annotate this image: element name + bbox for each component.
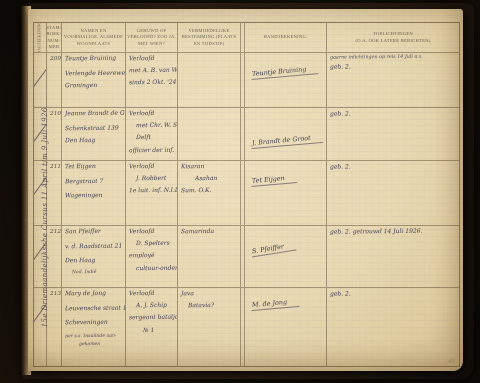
signature: J. Brandt de Groot: [251, 133, 323, 149]
destination-line: Sum. O.K.: [181, 187, 238, 196]
note-line: gaarne inlichtingen op reis 14 Juli a.s.: [330, 54, 457, 62]
note-line: geb. 2.: [330, 109, 457, 119]
header-names: NAMEN EN VOORMALIGE, ALSMEDE WOONPLAATS: [62, 23, 126, 53]
note-line: geb. 2.: [330, 162, 457, 172]
number-cell: 209: [47, 53, 62, 108]
page-number: 43: [448, 359, 454, 365]
name-cell: Teuntje Bruining Verlengde Heereweg 29 G…: [62, 53, 126, 108]
destination-line: Samarinda: [181, 228, 238, 237]
marital-line: Verloofd: [129, 290, 175, 299]
destination-line: Asahan: [181, 175, 238, 184]
name-line: Den Haag: [65, 257, 123, 266]
number-cell: 211: [47, 161, 62, 226]
signature: Tet Eijgen: [251, 173, 298, 187]
name-line: Den Haag: [65, 137, 123, 146]
marital-line: sergeant bataljon: [129, 314, 175, 323]
header-marital: GEHUWD OF VERLOOFD? ZOO JA, MET WIEN?: [126, 23, 178, 53]
name-line: v. d. Raadstraat 21: [65, 242, 123, 251]
note-line: geb. 2.: [330, 63, 457, 73]
marital-cell: Verloofd met Chr. W. Schreuder Delft off…: [126, 108, 178, 161]
date-cell: [34, 226, 47, 288]
header-signature: HANDTEEKENING.: [245, 23, 327, 53]
header-number: STAM- BOEK- NUM- MER: [47, 23, 62, 53]
header-notes-sub-label: (O.A. OOK LATERE BERICHTEN): [355, 38, 430, 44]
entry-number: 209: [50, 55, 59, 63]
marital-line: Verloofd: [129, 163, 175, 172]
signature: M. de Jong: [251, 297, 300, 311]
marital-cell: Verloofd D. Spelters employé cultuur-ond…: [126, 226, 178, 288]
entry-number: 211: [50, 163, 59, 171]
marital-line: cultuur-ondern.: [129, 264, 175, 273]
date-cell: [34, 161, 47, 226]
name-line: per s.s. Insulinde aan-: [65, 334, 123, 341]
number-cell: 212: [47, 226, 62, 288]
marital-line: sinds 2 Okt. '24: [129, 79, 175, 88]
name-line: Groningen: [65, 82, 123, 91]
notes-cell: geb. 2.: [327, 288, 459, 366]
destination-cell: Kisaran Asahan Sum. O.K.: [178, 161, 241, 226]
destination-cell: [178, 53, 241, 108]
signature-cell: M. de Jong: [245, 288, 327, 366]
marital-line: D. Spelters: [129, 240, 175, 249]
notes-cell: gaarne inlichtingen op reis 14 Juli a.s.…: [327, 53, 459, 108]
name-line: Tet Eijgen: [65, 163, 123, 172]
tally-slash: [34, 123, 47, 146]
name-line: Wageningen: [65, 192, 123, 201]
name-cell: San Pfeiffer v. d. Raadstraat 21 Den Haa…: [62, 226, 126, 288]
destination-cell: [178, 108, 241, 161]
name-line: Leuvensche straat 16: [65, 304, 123, 313]
signature-cell: J. Brandt de Groot: [245, 108, 327, 161]
signature-cell: Teuntje Bruining: [245, 53, 327, 108]
name-line: Teuntje Bruining: [65, 55, 123, 64]
name-line: Mary de Jong: [65, 290, 123, 299]
marital-cell: Verloofd met A. B. van Wijlen sinds 2 Ok…: [126, 53, 178, 108]
destination-line: Batavia?: [181, 302, 238, 311]
header-number-line: MER: [49, 44, 60, 50]
header-date: DAGTEEKENING: [34, 23, 47, 53]
header-date-label: DAGTEEKENING: [37, 23, 42, 53]
date-cell: [34, 53, 47, 108]
signature: S. Pfeiffer: [250, 241, 296, 258]
date-cell: [34, 288, 47, 366]
marital-line: № 1: [129, 326, 175, 335]
name-cell: Jeanne Brandt de Groot Schenkstraat 139 …: [62, 108, 126, 161]
marital-line: J. Robbert: [129, 175, 175, 184]
entry-number: 213: [50, 290, 59, 298]
number-cell: 213: [47, 288, 62, 366]
marital-line: Verloofd: [129, 228, 175, 237]
date-cell: [34, 108, 47, 161]
header-marital-label: GEHUWD OF VERLOOFD? ZOO JA, MET WIEN?: [127, 28, 176, 47]
marital-cell: Verloofd A. J. Schip sergeant bataljon №…: [126, 288, 178, 366]
tally-slash: [34, 303, 47, 326]
signature-cell: S. Pfeiffer: [245, 226, 327, 288]
note-line: geb. 2.: [330, 289, 457, 299]
register-table: DAGTEEKENING STAM- BOEK- NUM- MER NAMEN …: [33, 22, 460, 367]
signature-cell: Tet Eijgen: [245, 161, 327, 226]
tally-slash: [34, 241, 47, 264]
marital-line: Verloofd: [129, 110, 175, 119]
tally-slash: [34, 176, 47, 199]
header-signature-label: HANDTEEKENING.: [264, 34, 308, 40]
number-cell: 210: [47, 108, 62, 161]
notes-cell: geb. 2.: [327, 108, 459, 161]
tally-slash: [34, 68, 47, 91]
marital-line: met Chr. W. Schreuder: [129, 122, 175, 131]
marital-line: employé: [129, 252, 175, 261]
destination-line: Kisaran: [181, 163, 238, 172]
header-destination: VERMOEDELIJKE BESTEMMING (PLAATS EN TIJD…: [178, 23, 241, 53]
header-notes: TOELICHTINGEN (O.A. OOK LATERE BERICHTEN…: [327, 23, 459, 53]
marital-line: 1e luit. inf. N.I.L.: [129, 187, 175, 196]
signature: Teuntje Bruining: [251, 64, 319, 80]
name-line: Ned. Indië: [65, 269, 123, 276]
name-line: Jeanne Brandt de Groot: [65, 110, 123, 119]
marital-line: officier der inf.: [129, 146, 175, 155]
marital-line: Verloofd: [129, 55, 175, 64]
entry-number: 210: [50, 110, 59, 118]
name-line: gekomen: [65, 341, 123, 348]
name-line: Verlengde Heereweg 29: [65, 69, 123, 78]
destination-cell: Java Batavia?: [178, 288, 241, 366]
marital-line: Delft: [129, 134, 175, 143]
header-destination-label: VERMOEDELIJKE BESTEMMING (PLAATS EN TIJD…: [179, 28, 239, 47]
notes-cell: geb. 2.: [327, 161, 459, 226]
marital-line: A. J. Schip: [129, 302, 175, 311]
marital-cell: Verloofd J. Robbert 1e luit. inf. N.I.L.: [126, 161, 178, 226]
entry-number: 212: [50, 228, 59, 236]
register-page: 15e Driemaandelijksche Cursus 11 April t…: [28, 9, 463, 371]
name-line: Schenkstraat 139: [65, 124, 123, 133]
destination-cell: Samarinda: [178, 226, 241, 288]
name-cell: Mary de Jong Leuvensche straat 16 Scheve…: [62, 288, 126, 366]
name-line: San Pfeiffer: [65, 228, 123, 237]
notes-cell: geb. 2. getrouwd 14 Juli 1926.: [327, 226, 459, 288]
header-names-label: NAMEN EN VOORMALIGE, ALSMEDE WOONPLAATS: [63, 28, 124, 47]
destination-line: Java: [181, 290, 238, 299]
name-line: Scheveningen: [65, 319, 123, 328]
note-line: geb. 2. getrouwd 14 Juli 1926.: [330, 227, 457, 237]
marital-line: met A. B. van Wijlen: [129, 67, 175, 76]
name-line: Bergstraat 7: [65, 177, 123, 186]
name-cell: Tet Eijgen Bergstraat 7 Wageningen: [62, 161, 126, 226]
